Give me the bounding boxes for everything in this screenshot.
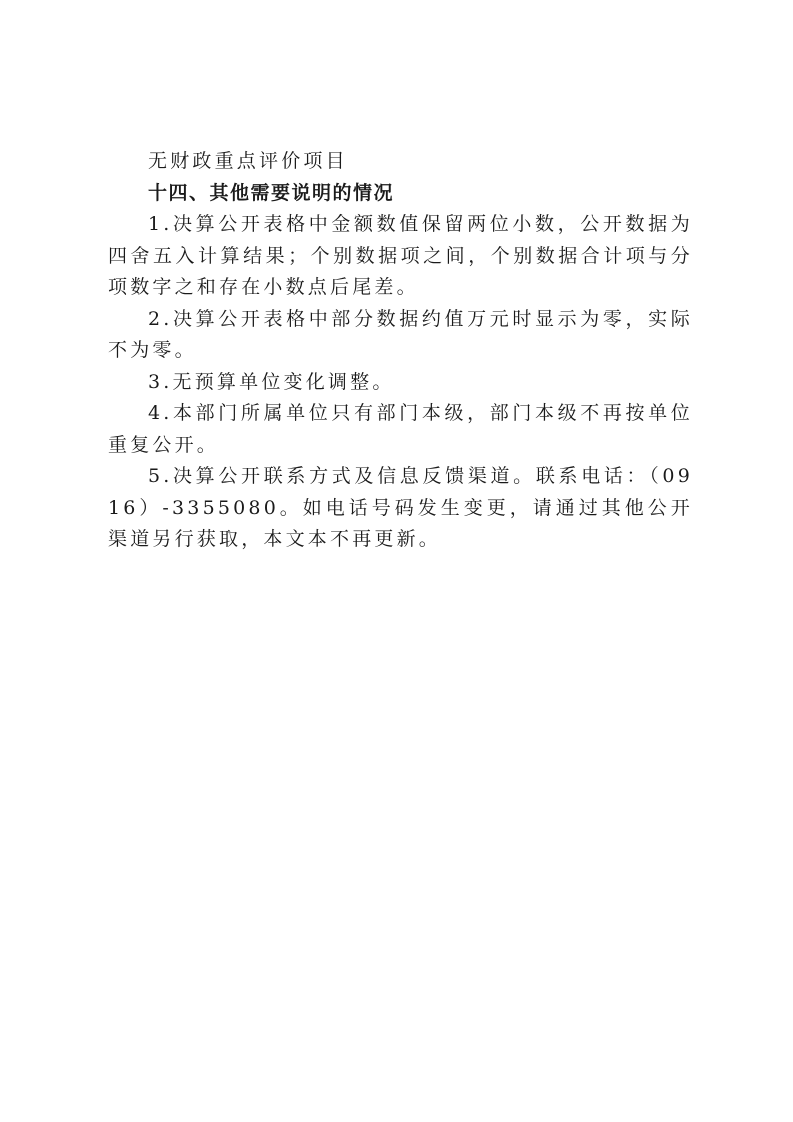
note-item-1: 1.决算公开表格中金额数值保留两位小数，公开数据为四舍五入计算结果；个别数据项之… bbox=[108, 209, 693, 304]
note-item-2: 2.决算公开表格中部分数据约值万元时显示为零，实际不为零。 bbox=[108, 304, 693, 367]
note-item-3: 3.无预算单位变化调整。 bbox=[108, 367, 693, 399]
note-item-5: 5.决算公开联系方式及信息反馈渠道。联系电话：（0916）-3355080。如电… bbox=[108, 461, 693, 556]
document-page: 无财政重点评价项目 十四、其他需要说明的情况 1.决算公开表格中金额数值保留两位… bbox=[108, 146, 693, 556]
section-heading: 十四、其他需要说明的情况 bbox=[108, 178, 693, 210]
intro-line: 无财政重点评价项目 bbox=[108, 146, 693, 178]
note-item-4: 4.本部门所属单位只有部门本级，部门本级不再按单位重复公开。 bbox=[108, 398, 693, 461]
